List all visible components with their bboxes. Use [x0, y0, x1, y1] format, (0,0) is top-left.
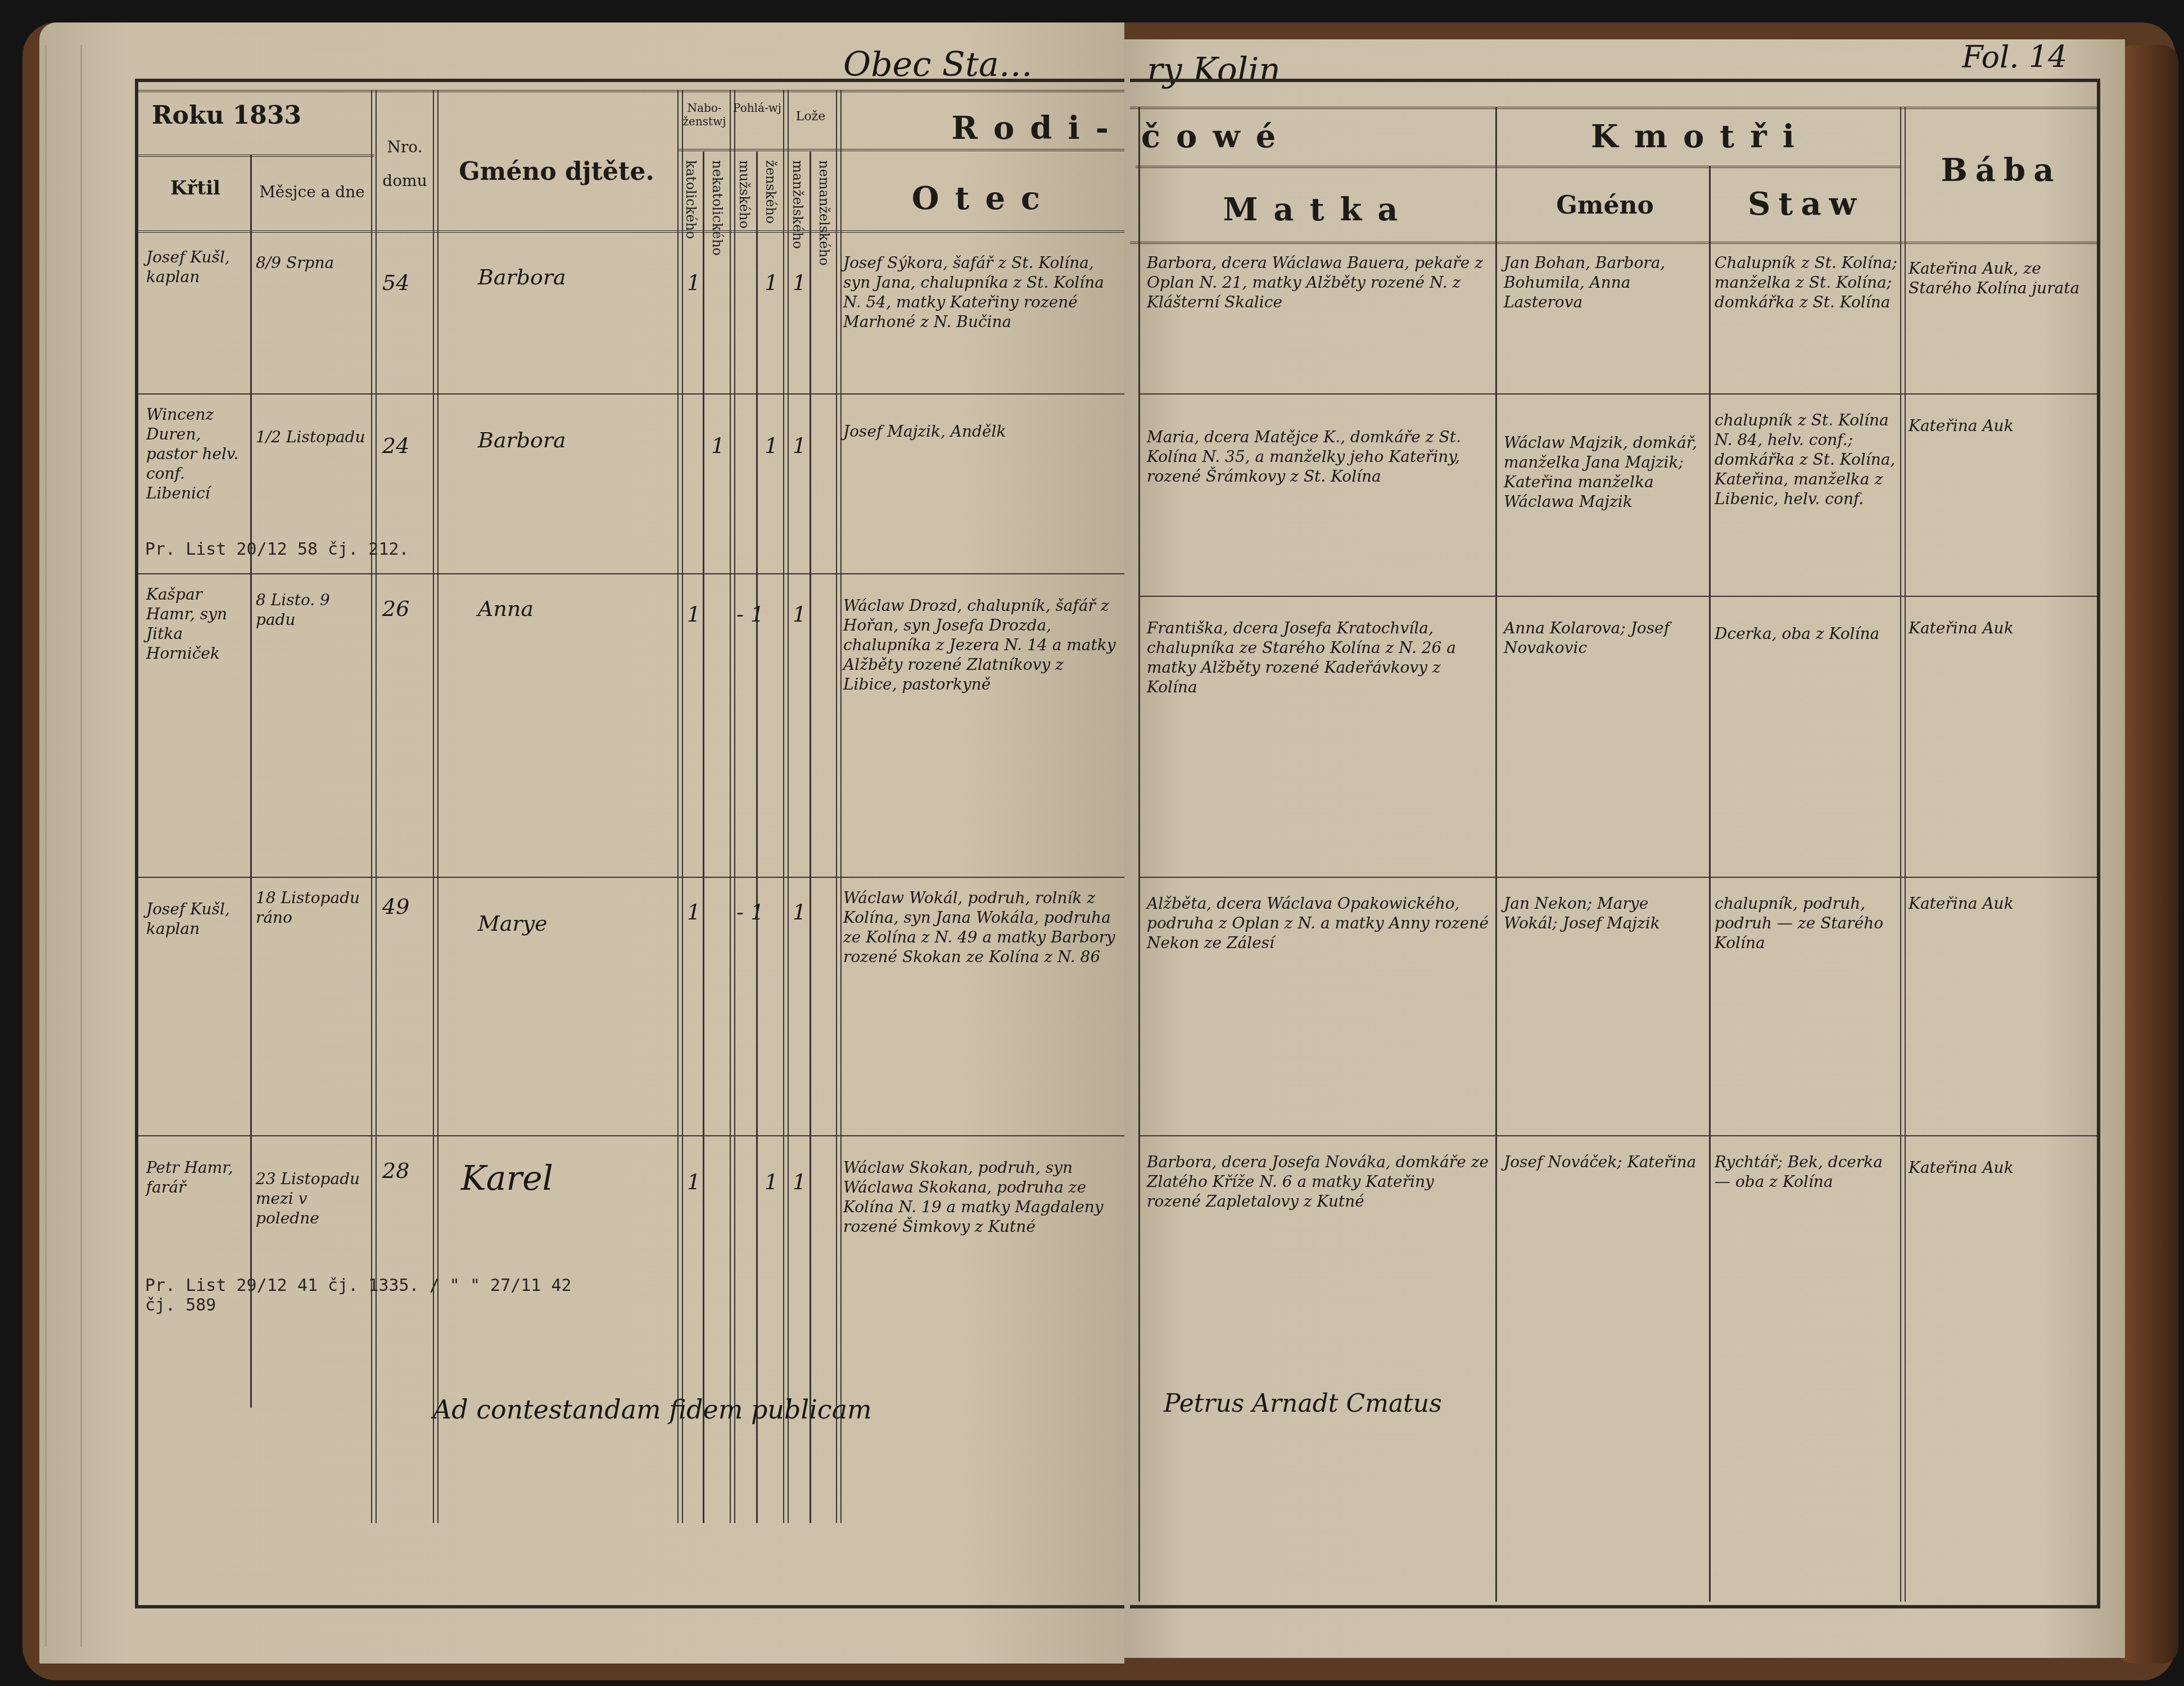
entry-1-godparent-status: Chalupník z St. Kolína; manželka z St. K… — [1715, 253, 1897, 312]
entry-5-sex: 1 — [765, 1169, 778, 1196]
right-col-sep-start — [1138, 107, 1140, 1602]
entry-2-margin-note: Pr. List 20/12 58 čj. 212. — [145, 540, 409, 559]
col-header-catholic: katolického — [683, 160, 699, 239]
col-sep-rel — [703, 152, 704, 1523]
entry-3-house: 26 — [382, 596, 409, 623]
entry-3-religion: 1 — [687, 601, 700, 628]
col-header-parents-left: Rodi- — [849, 110, 1124, 147]
entry-1-child: Barbora — [478, 264, 566, 291]
signature: Petrus Arnadt Cmatus — [1164, 1388, 1442, 1419]
entry-2-father: Josef Majzik, Andělk — [843, 422, 1119, 441]
entry-4-mother: Alžběta, dcera Wáclava Opakowického, pod… — [1147, 894, 1490, 953]
col-header-legitimate: manželského — [790, 160, 806, 249]
right-subheader-rule — [1136, 166, 1900, 168]
entry-3-father: Wáclaw Drozd, chalupník, šafář z Hořan, … — [843, 596, 1119, 694]
entry-4-midwife: Kateřina Auk — [1909, 894, 2094, 913]
entry-5-legit: 1 — [793, 1169, 806, 1196]
entry-1-religion: 1 — [687, 270, 700, 297]
entry-3-mother: Františka, dcera Josefa Kratochvíla, cha… — [1147, 618, 1490, 697]
row-divider-2 — [138, 573, 1124, 574]
col-header-sex: Pohlá-wj — [732, 101, 783, 115]
entry-5-religion: 1 — [687, 1169, 700, 1196]
entry-3-midwife: Kateřina Auk — [1909, 618, 2094, 638]
entry-4-date: 18 Listopadu ráno — [256, 888, 368, 927]
entry-2-child: Barbora — [478, 427, 566, 454]
entry-3-godparent-names: Anna Kolarova; Josef Novakovic — [1504, 618, 1706, 658]
col-header-domu: domu — [377, 171, 433, 190]
right-header-bottom-rule — [1130, 242, 2097, 244]
right-col-sep-status — [1900, 107, 1906, 1602]
col-sep-name — [677, 90, 683, 1523]
col-header-godparent-status: Staw — [1712, 185, 1900, 223]
right-col-sep-mother — [1495, 107, 1497, 1602]
entry-2-godparent-status: chalupník z St. Kolína N. 84, helv. conf… — [1715, 410, 1897, 509]
entry-4-house: 49 — [382, 894, 409, 921]
entry-4-godparent-names: Jan Nekon; Marye Wokál; Josef Majzik — [1504, 894, 1706, 933]
entry-2-legit: 1 — [793, 433, 806, 460]
entry-2-religion: 1 — [711, 433, 725, 460]
attestation-text: Ad contestandam fidem publicam — [433, 1394, 872, 1426]
year-split-rule — [138, 155, 374, 157]
folio-number: Fol. 14 — [1962, 39, 2067, 75]
col-header-godparents: Kmotři — [1501, 118, 1900, 155]
entry-5-date: 23 Listopadu mezi v poledne — [256, 1169, 368, 1228]
entry-1-house: 54 — [382, 270, 409, 297]
col-header-male: mužského — [736, 160, 752, 229]
entry-1-date: 8/9 Srpna — [256, 253, 368, 273]
col-header-godparent-name: Gméno — [1501, 191, 1709, 220]
entry-5-midwife: Kateřina Auk — [1909, 1158, 2094, 1177]
col-header-midwife: Bába — [1906, 152, 2097, 189]
entry-4-child: Marye — [478, 910, 548, 937]
entry-4-godparent-status: chalupník, podruh, podruh — ze Starého K… — [1715, 894, 1897, 953]
entry-1-midwife: Kateřina Auk, ze Starého Kolína jurata — [1909, 259, 2094, 298]
col-header-nro: Nro. — [377, 138, 433, 156]
entry-3-date: 8 Listo. 9 padu — [256, 590, 368, 629]
entry-2-date: 1/2 Listopadu — [256, 427, 368, 447]
col-sep-sex — [756, 152, 758, 1523]
entry-4-baptizer: Josef Kušl, kaplan — [146, 899, 247, 939]
entry-3-baptizer: Kašpar Hamr, syn Jitka Horniček — [146, 584, 247, 663]
entry-1-father: Josef Sýkora, šafář z St. Kolína, syn Ja… — [843, 253, 1119, 332]
entry-1-legit: 1 — [793, 270, 806, 297]
col-header-parents-right: čowé — [1141, 118, 1366, 155]
entry-2-mother: Maria, dcera Matějce K., domkáře z St. K… — [1147, 427, 1490, 486]
page-stack-edges — [45, 45, 82, 1647]
row-divider-1 — [138, 393, 1124, 395]
right-row-divider-3 — [1138, 877, 2097, 878]
entry-2-sex: 1 — [765, 433, 778, 460]
subheader-rule-3 — [838, 149, 1124, 151]
entry-5-house: 28 — [382, 1158, 409, 1185]
col-header-female: ženského — [763, 160, 779, 224]
entry-3-legit: 1 — [793, 601, 806, 628]
entry-2-midwife: Kateřina Auk — [1909, 416, 2094, 436]
row-divider-3 — [138, 877, 1124, 878]
header-top-rule — [138, 90, 1124, 92]
entry-4-sex: - 1 — [736, 899, 764, 926]
col-header-religion: Nabo-ženstwj — [679, 101, 730, 128]
entry-5-godparent-status: Rychtář; Bek, dcerka — oba z Kolína — [1715, 1152, 1897, 1191]
entry-2-baptizer: Wincenz Duren, pastor helv. conf. Libeni… — [146, 405, 247, 503]
col-header-kritil: Křtil — [141, 177, 250, 200]
book-cover-right-edge — [2117, 45, 2178, 1664]
entry-5-mother: Barbora, dcera Josefa Nováka, domkáře ze… — [1147, 1152, 1490, 1211]
entry-4-father: Wáclaw Wokál, podruh, rolník z Kolína, s… — [843, 888, 1119, 967]
entry-5-father: Wáclaw Skokan, podruh, syn Wáclawa Skoka… — [843, 1158, 1119, 1236]
right-row-divider-4 — [1138, 1135, 2097, 1136]
entry-3-child: Anna — [478, 596, 533, 623]
subheader-rule-2 — [784, 149, 838, 151]
entry-3-godparent-status: Dcerka, oba z Kolína — [1715, 624, 1897, 643]
col-header-noncatholic: nekatolického — [709, 160, 725, 256]
right-header-top-rule — [1130, 107, 2097, 109]
entry-5-margin-note: Pr. List 29/12 41 čj. 1335. / " " 27/11 … — [145, 1276, 584, 1315]
entry-1-sex: 1 — [765, 270, 778, 297]
entry-5-godparent-names: Josef Nováček; Kateřina — [1504, 1152, 1706, 1172]
entry-5-child: Karel — [461, 1158, 553, 1200]
col-sep-rel2 — [730, 90, 735, 1523]
col-header-mother: Matka — [1141, 191, 1495, 228]
entry-3-sex: - 1 — [736, 601, 764, 628]
right-row-divider-1 — [1138, 393, 2097, 395]
col-sep-sex2 — [783, 90, 789, 1523]
entry-1-baptizer: Josef Kušl, kaplan — [146, 247, 247, 287]
entry-1-mother: Barbora, dcera Wáclawa Bauera, pekaře z … — [1147, 253, 1490, 312]
entry-2-house: 24 — [382, 433, 409, 460]
col-sep-legit2 — [836, 90, 842, 1523]
col-header-child-name: Gméno djtěte. — [438, 157, 675, 186]
col-header-bed: Lože — [785, 110, 836, 124]
col-sep-kritil — [250, 155, 252, 1408]
col-header-father: Otec — [843, 180, 1124, 217]
right-row-divider-2 — [1138, 596, 2097, 597]
col-header-illegitimate: nemanželského — [816, 160, 832, 266]
entry-1-godparent-names: Jan Bohan, Barbora, Bohumila, Anna Laste… — [1504, 253, 1706, 312]
col-sep-legit — [810, 152, 811, 1523]
entry-5-baptizer: Petr Hamr, farář — [146, 1158, 247, 1197]
entry-4-legit: 1 — [793, 899, 806, 926]
entry-4-religion: 1 — [687, 899, 700, 926]
header-bottom-rule — [138, 230, 1124, 233]
row-divider-4 — [138, 1135, 1124, 1136]
entry-2-godparent-names: Wáclaw Majzik, domkář, manželka Jana Maj… — [1504, 433, 1706, 511]
col-header-date: Měsjce a dne — [253, 183, 371, 201]
year-label: Roku 1833 — [152, 101, 365, 130]
right-col-sep-godparent-name — [1709, 166, 1711, 1602]
